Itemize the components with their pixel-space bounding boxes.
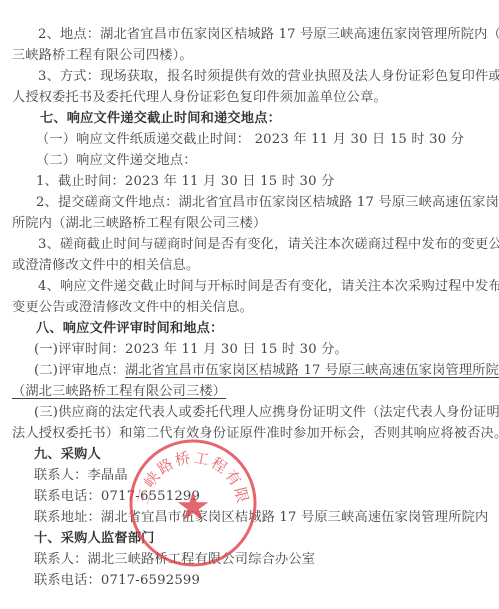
pickup-method-line-2: 人授权委托书及委托代理人身份证彩色复印件须加盖单位公章。 (12, 90, 387, 106)
change-notice-line-2: 或澄清修改文件中的相关信息。 (12, 258, 199, 274)
section-7-heading: 七、响应文件递交截止时间和递交地点： (40, 111, 281, 127)
opening-change-line-2: 变更公告或澄清修改文件中的相关信息。 (12, 300, 253, 316)
section-10-heading: 十、采购人监督部门 (34, 531, 155, 547)
purchaser-contact-person: 联系人：李晶晶 (34, 468, 128, 484)
pickup-location-line-1: 2、地点：湖北省宜昌市伍家岗区桔城路 17 号原三峡高速伍家岗管理所院内（湖北 (38, 27, 499, 43)
supervisor-phone: 联系电话：0717-6592599 (34, 573, 200, 589)
change-notice-line-1: 3、磋商截止时间与磋商时间是否有变化，请关注本次磋商过程中发布的变更公告 (38, 237, 499, 253)
pickup-location-line-2: 三峡路桥工程有限公司四楼）。 (12, 48, 193, 64)
review-location-label: (二)评审地点： (34, 363, 125, 378)
deadline-line: 1、截止时间：2023 年 11 月 30 日 15 时 30 分 (36, 174, 334, 190)
section-8-heading: 八、响应文件评审时间和地点： (36, 321, 223, 337)
opening-change-line-1: 4、响应文件递交截止时间与开标时间是否有变化，请关注本次采购过程中发布的 (38, 279, 499, 295)
representative-requirement-line-1: (三)供应商的法定代表人或委托代理人应携身份证明文件（法定代表人身份证明或 (34, 405, 499, 421)
paper-deadline-line: （一）响应文件纸质递交截止时间： 2023 年 11 月 30 日 15 时 3… (36, 132, 464, 148)
purchaser-phone: 联系电话：0717-6551299 (34, 489, 200, 505)
review-time-line: (一)评审时间：2023 年 11 月 30 日 15 时 30 分。 (34, 342, 348, 358)
submission-address-line-1: 2、提交磋商文件地点：湖北省宜昌市伍家岗区桔城路 17 号原三峡高速伍家岗管理 (36, 195, 499, 211)
representative-requirement-line-2: 法人授权委托书）和第二代有效身份证原件准时参加开标会，否则其响应将被否决。 (12, 426, 499, 442)
submission-address-line-2: 所院内（湖北三峡路桥工程有限公司三楼） (12, 216, 266, 232)
section-9-heading: 九、采购人 (34, 447, 101, 463)
purchaser-address: 联系地址：湖北省宜昌市伍家岗区桔城路 17 号原三峡高速伍家岗管理所院内 (34, 510, 488, 526)
review-location-line-1: (二)评审地点：湖北省宜昌市伍家岗区桔城路 17 号原三峡高速伍家岗管理所院内 (34, 363, 499, 379)
submission-location-label: （二）响应文件递交地点： (36, 153, 197, 169)
supervisor-contact-person: 联系人：湖北三峡路桥工程有限公司综合办公室 (34, 552, 315, 568)
document-page: 2、地点：湖北省宜昌市伍家岗区桔城路 17 号原三峡高速伍家岗管理所院内（湖北 … (0, 0, 499, 609)
review-location-line-2: （湖北三峡路桥工程有限公司三楼） (12, 384, 226, 400)
pickup-method-line-1: 3、方式：现场获取，报名时须提供有效的营业执照及法人身份证彩色复印件或法 (38, 69, 499, 85)
review-location-address: 湖北省宜昌市伍家岗区桔城路 17 号原三峡高速伍家岗管理所院内 (125, 363, 499, 378)
